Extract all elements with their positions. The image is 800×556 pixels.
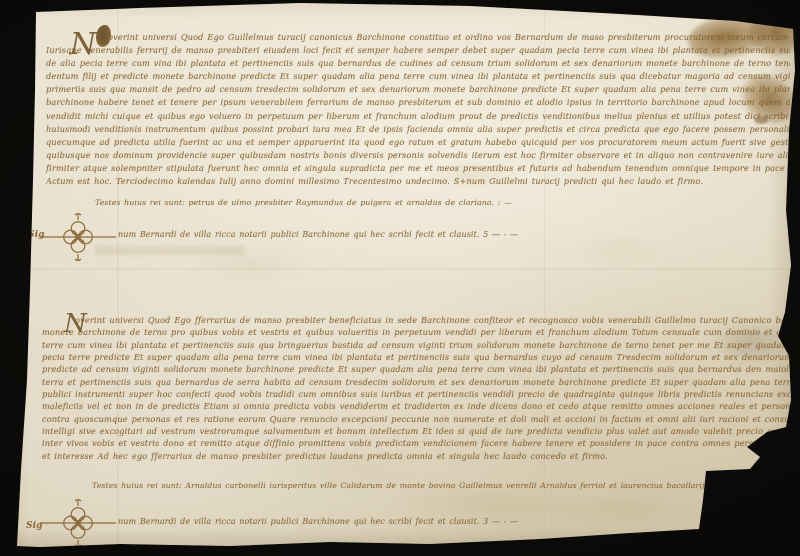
manuscript-line: publici instrumenti super hoc confecti q… — [42, 388, 790, 400]
act2-text-block: overint universi Quod Ego fferrarius de … — [42, 314, 790, 463]
manuscript-line: et interesse Ad hec ego fferrarius de ma… — [42, 450, 790, 462]
manuscript-line: terre cum vinea ibi plantata et pertinen… — [42, 339, 790, 351]
manuscript-line: quibusque nos dominum providencie super … — [46, 149, 790, 162]
manuscript-line: intelligi sive excogitari ad vestrum ves… — [42, 425, 790, 437]
crease-line — [0, 268, 800, 270]
manuscript-line: barchinone habere tenet et tenere per ip… — [46, 96, 790, 109]
manuscript-line: inter vivos vobis et vestris dono et rem… — [42, 437, 790, 449]
notarial-sign-icon — [40, 211, 116, 263]
act1-witness-line: Testes huius rei sunt: petrus de ulmo pr… — [95, 198, 512, 207]
manuscript-line: maleficiis vel et non in de predictis Et… — [42, 400, 790, 412]
act1-notary-subscription: num Bernardi de villa ricca notarii publ… — [118, 230, 518, 239]
act2-notary-subscription: num Bernardi de villa ricca notarii publ… — [118, 517, 518, 526]
manuscript-line: predicte ad censum viginti solidorum mon… — [42, 363, 790, 375]
manuscript-line: quecumque ad predicta utilia fuerint ac … — [46, 136, 790, 149]
manuscript-line: huiusmodi venditionis instrumentum quibu… — [46, 123, 790, 136]
manuscript-line: de alia pecia terre cum vina ibi plantat… — [46, 57, 790, 70]
manuscript-line: firmiter atque solempniter stipulata fue… — [46, 162, 790, 175]
manuscript-line: primeriis suis qua mansit de pedro ad ce… — [46, 83, 790, 96]
act2-witness-line: Testes huius rei sunt: Arnaldus carbonel… — [92, 481, 707, 490]
manuscript-line: contra quoscumque personas et res ration… — [42, 413, 790, 425]
stain — [560, 494, 685, 522]
manuscript-line: monete barchinone de terno pro quibus vo… — [42, 326, 790, 338]
manuscript-line: overint universi Quod Ego fferrarius de … — [42, 314, 790, 326]
faded-ink-band — [95, 246, 245, 255]
manuscript-line: terra et pertinenciis suis qua bernardus… — [42, 376, 790, 388]
manuscript-line: overint universi Quod Ego Guillelmus tur… — [46, 31, 790, 44]
manuscript-line: vendidit michi cuique et quibus ego volu… — [46, 110, 790, 123]
notarial-sign-icon — [40, 497, 116, 549]
manuscript-line: Iurisque venerabilis ferrarij de manso p… — [46, 44, 790, 57]
act1-text-block: overint universi Quod Ego Guillelmus tur… — [46, 31, 790, 189]
photograph-backdrop: N overint universi Quod Ego Guillelmus t… — [0, 0, 800, 556]
parchment-document: N overint universi Quod Ego Guillelmus t… — [0, 0, 800, 556]
manuscript-line: pecia terre predicte Et super quadam ali… — [42, 351, 790, 363]
manuscript-line: dentum filij et predicte monete barchino… — [46, 70, 790, 83]
manuscript-line: Actum est hoc. Terciodecimo kalendas Iul… — [46, 175, 790, 188]
